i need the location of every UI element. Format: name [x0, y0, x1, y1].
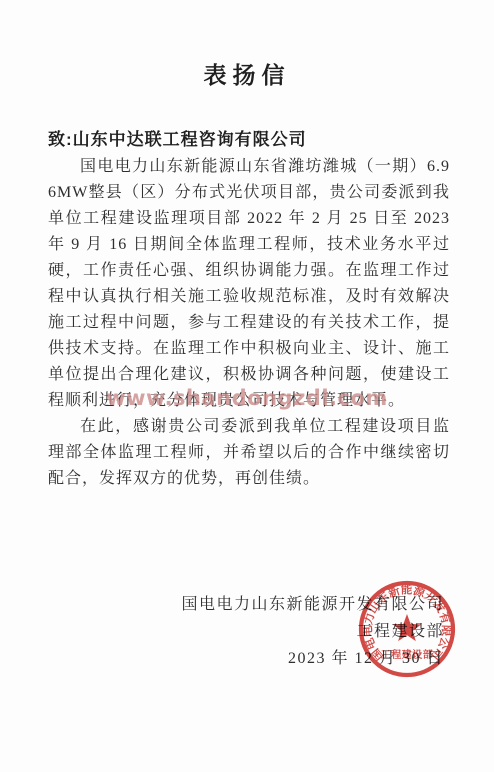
commendation-letter-page: 表扬信 致:山东中达联工程咨询有限公司 国电电力山东新能源山东省潍坊潍城（一期）… — [0, 0, 494, 772]
page-title: 表扬信 — [0, 57, 494, 90]
seal-star-icon — [393, 614, 422, 641]
paragraph-1: 国电电力山东新能源山东省潍坊潍城（一期）6.96MW整县（区）分布式光伏项目部，… — [48, 154, 450, 414]
recipient-line: 致:山东中达联工程咨询有限公司 — [48, 125, 307, 150]
company-seal: 国电电力山东新能源开发有限公司 工程建设部 — [357, 579, 457, 679]
seal-bottom-text: 工程建设部 — [381, 648, 434, 661]
paragraph-2: 在此，感谢贵公司委派到我单位工程建设项目监理部全体监理工程师，并希望以后的合作中… — [48, 414, 450, 492]
letter-body: 国电电力山东新能源山东省潍坊潍城（一期）6.96MW整县（区）分布式光伏项目部，… — [48, 154, 450, 492]
